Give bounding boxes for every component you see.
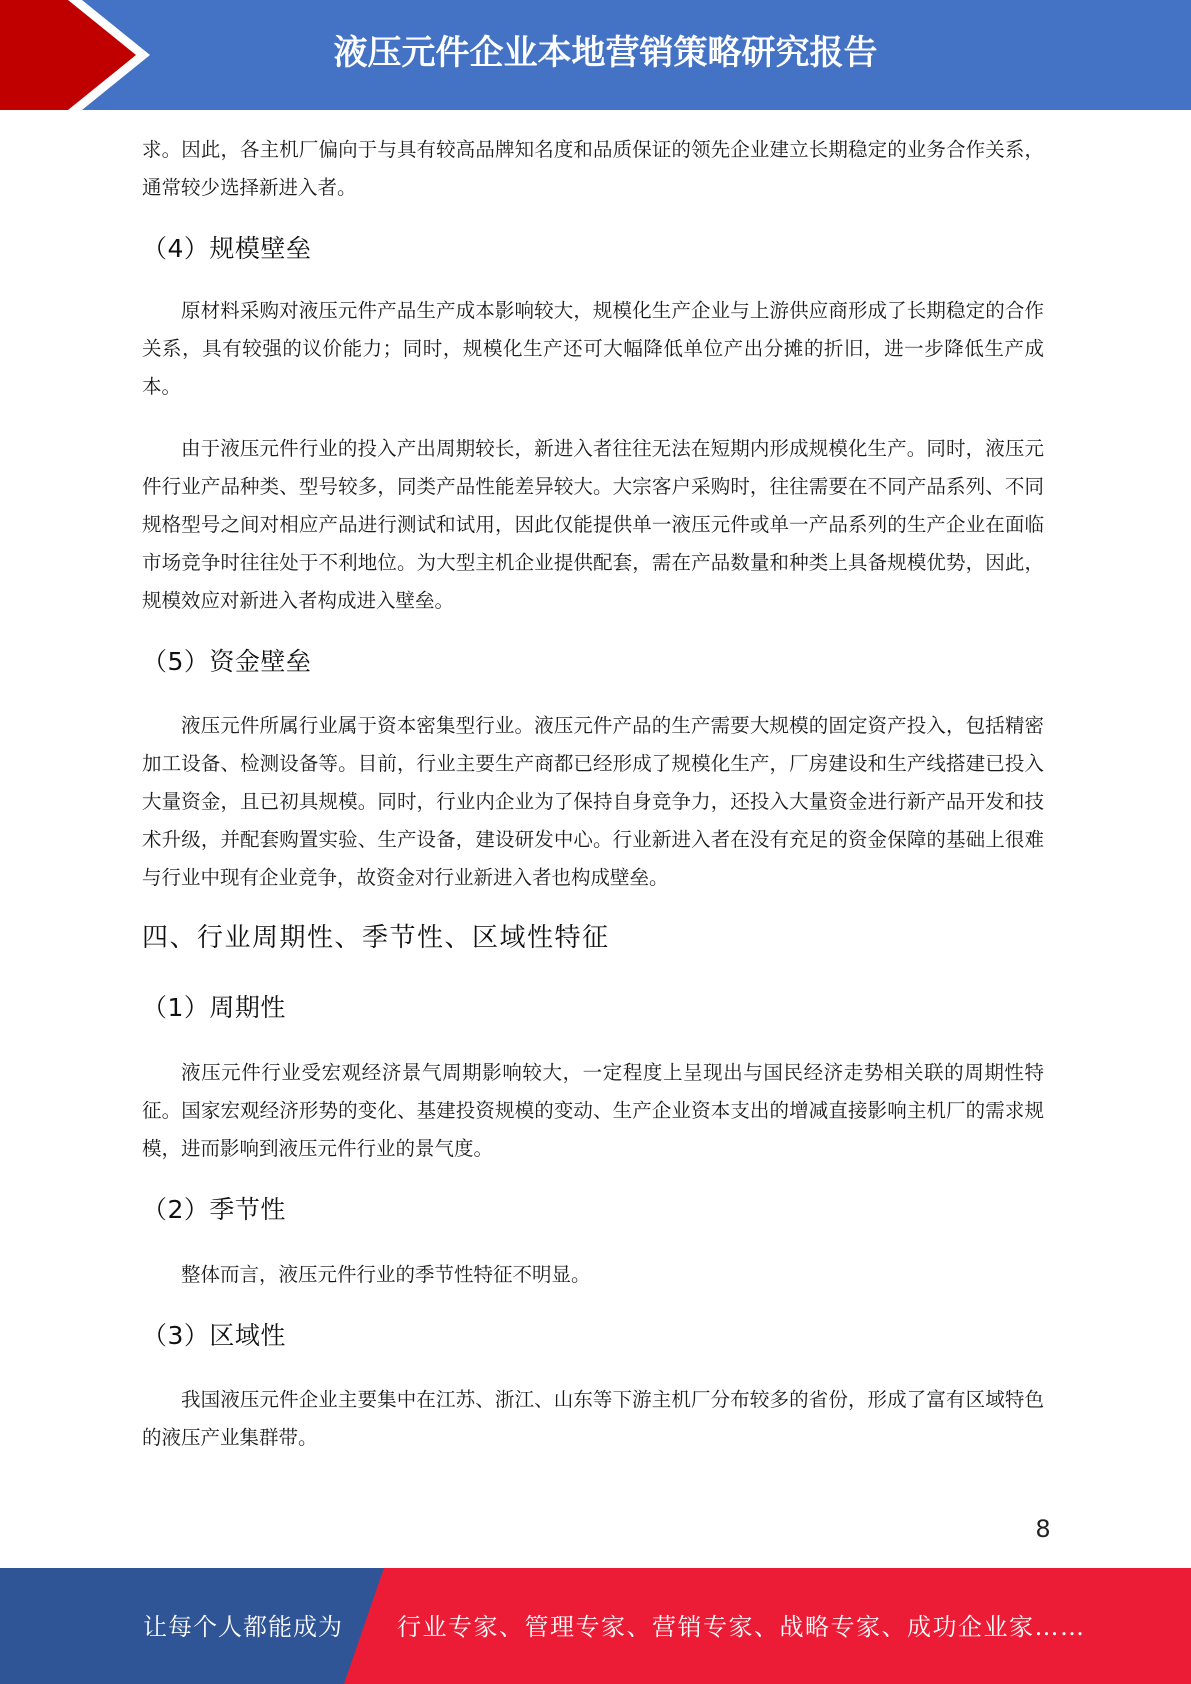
subheading-regionality: （3）区域性 <box>142 1319 1044 1353</box>
paragraph-capital: 液压元件所属行业属于资本密集型行业。液压元件产品的生产需要大规模的固定资产投入，… <box>142 707 1044 897</box>
subheading-scale-barrier: （4）规模壁垒 <box>142 232 1044 266</box>
paragraph-regionality: 我国液压元件企业主要集中在江苏、浙江、山东等下游主机厂分布较多的省份，形成了富有… <box>142 1381 1044 1457</box>
paragraph-continued: 求。因此，各主机厂偏向于与具有较高品牌知名度和品质保证的领先企业建立长期稳定的业… <box>142 131 1044 207</box>
subheading-seasonality: （2）季节性 <box>142 1193 1044 1227</box>
paragraph-cyclicality: 液压元件行业受宏观经济景气周期影响较大，一定程度上呈现出与国民经济走势相关联的周… <box>142 1054 1044 1168</box>
report-title: 液压元件企业本地营销策略研究报告 <box>0 0 1191 110</box>
page-header: 液压元件企业本地营销策略研究报告 <box>0 0 1191 110</box>
paragraph-scale-2: 由于液压元件行业的投入产出周期较长，新进入者往往无法在短期内形成规模化生产。同时… <box>142 430 1044 620</box>
document-body: 求。因此，各主机厂偏向于与具有较高品牌知名度和品质保证的领先企业建立长期稳定的业… <box>142 131 1044 1457</box>
paragraph-seasonality: 整体而言，液压元件行业的季节性特征不明显。 <box>142 1256 1044 1294</box>
subheading-cyclicality: （1）周期性 <box>142 991 1044 1025</box>
footer-slogan-left: 让每个人都能成为 <box>143 1610 343 1644</box>
section-heading-4: 四、行业周期性、季节性、区域性特征 <box>142 920 1044 956</box>
footer-slogan-right: 行业专家、管理专家、营销专家、战略专家、成功企业家…… <box>397 1610 1086 1644</box>
subheading-capital-barrier: （5）资金壁垒 <box>142 645 1044 679</box>
paragraph-scale-1: 原材料采购对液压元件产品生产成本影响较大，规模化生产企业与上游供应商形成了长期稳… <box>142 292 1044 406</box>
page-footer: 让每个人都能成为 行业专家、管理专家、营销专家、战略专家、成功企业家…… <box>0 1568 1191 1684</box>
page-number: 8 <box>1028 1515 1058 1543</box>
